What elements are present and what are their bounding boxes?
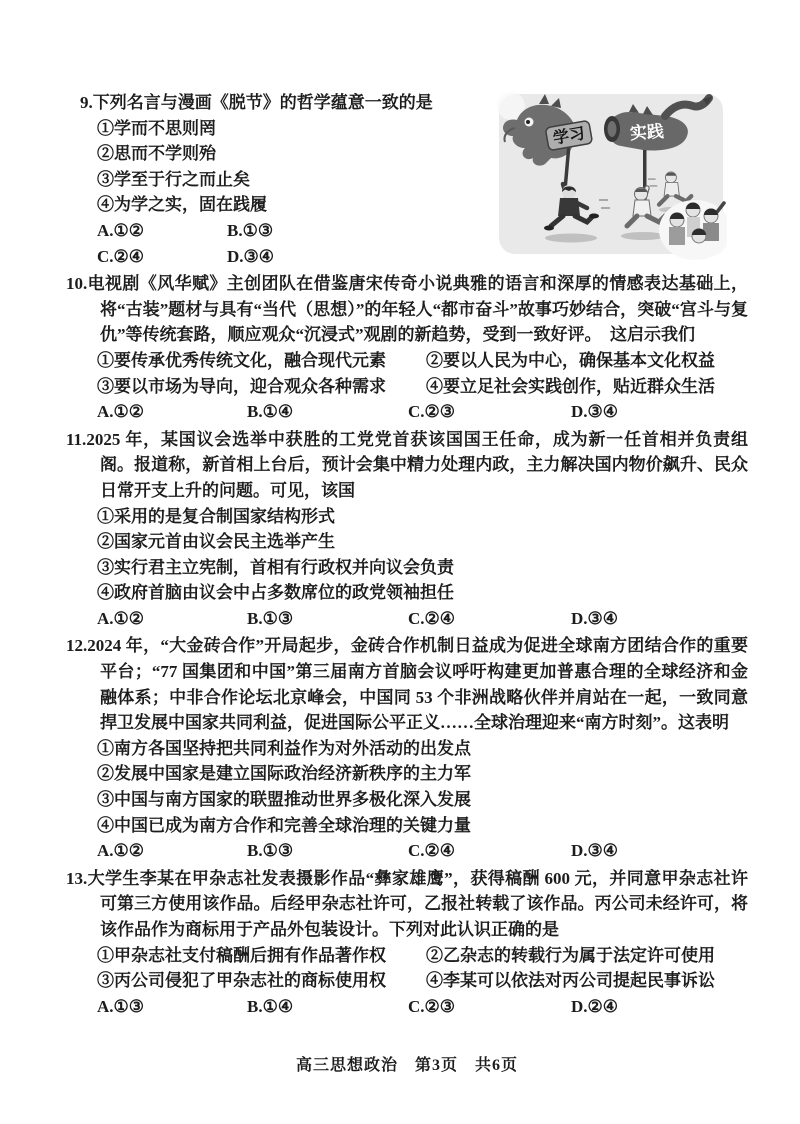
exam-paper-page: 学习 [0,0,800,1124]
question-10-choice-d: D.③④ [571,399,618,425]
question-9-choice-a: A.①② [97,218,227,244]
question-13-choice-c: C.②③ [408,994,571,1020]
question-10: 10.电视剧《风华赋》主创团队在借鉴唐宋传奇小说典雅的语言和深厚的情感表达基础上… [66,271,748,425]
question-11-choice-c: C.②④ [408,606,571,632]
question-12-item-4: ④中国已成为南方合作和完善全球治理的关键力量 [97,813,748,839]
question-13: 13.大学生李某在甲杂志社发表摄影作品“彝家雄鹰”，获得稿酬 600 元，并同意… [66,866,748,1020]
question-13-choice-d: D.②④ [571,994,618,1020]
question-9-choice-c: C.②④ [97,244,227,270]
question-9-item-4: ④为学之实，固在践履 [97,192,748,218]
question-11-item-1: ①采用的是复合制国家结构形式 [97,504,748,530]
question-13-number: 13. [66,869,87,888]
question-11-item-3: ③实行君主立宪制，首相有行政权并向议会负责 [97,555,748,581]
question-9-stem-text: 下列名言与漫画《脱节》的哲学蕴意一致的是 [93,93,433,112]
question-12-stem-text: 2024 年，“大金砖合作”开局起步，金砖合作机制日益成为促进全球南方团结合作的… [87,636,748,732]
question-9-item-2: ②思而不学则殆 [97,141,748,167]
question-10-item-1: ①要传承优秀传统文化，融合现代元素 [97,348,426,374]
question-10-choice-b: B.①④ [247,399,408,425]
question-9-choice-b: B.①③ [227,218,273,244]
question-13-choices: A.①③ B.①④ C.②③ D.②④ [97,994,748,1020]
question-12-stem: 12.2024 年，“大金砖合作”开局起步，金砖合作机制日益成为促进全球南方团结… [66,633,748,735]
question-11-choice-b: B.①③ [247,606,408,632]
question-11-stem: 11.2025 年，某国议会选举中获胜的工党党首获该国国王任命，成为新一任首相并… [66,427,748,504]
question-10-number: 10. [66,274,87,293]
question-9-choices-row-2: C.②④ D.③④ [97,244,748,270]
question-10-stem: 10.电视剧《风华赋》主创团队在借鉴唐宋传奇小说典雅的语言和深厚的情感表达基础上… [66,271,748,348]
question-9-item-3: ③学至于行之而止矣 [97,167,748,193]
question-13-stem-text: 大学生李某在甲杂志社发表摄影作品“彝家雄鹰”，获得稿酬 600 元，并同意甲杂志… [87,869,748,939]
question-11-choice-d: D.③④ [571,606,618,632]
question-13-choice-b: B.①④ [247,994,408,1020]
question-11-choices: A.①② B.①③ C.②④ D.③④ [97,606,748,632]
question-12: 12.2024 年，“大金砖合作”开局起步，金砖合作机制日益成为促进全球南方团结… [66,633,748,863]
question-9-item-1: ①学而不思则罔 [97,116,748,142]
question-10-choice-c: C.②③ [408,399,571,425]
question-10-choice-a: A.①② [97,399,247,425]
question-12-number: 12. [66,636,87,655]
question-13-item-1: ①甲杂志社支付稿酬后拥有作品著作权 [97,943,426,969]
question-10-choices: A.①② B.①④ C.②③ D.③④ [97,399,748,425]
question-10-item-3: ③要以市场为导向，迎合观众各种需求 [97,374,426,400]
question-12-choice-c: C.②④ [408,838,571,864]
question-9-number: 9. [80,93,93,112]
question-13-item-4: ④李某可以依法对丙公司提起民事诉讼 [426,968,715,994]
question-9-choice-d: D.③④ [227,244,274,270]
question-12-choices: A.①② B.①③ C.②④ D.③④ [97,838,748,864]
question-10-item-4: ④要立足社会实践创作，贴近群众生活 [426,374,715,400]
question-11-stem-text: 2025 年，某国议会选举中获胜的工党党首获该国国王任命，成为新一任首相并负责组… [86,430,748,500]
question-13-item-2: ②乙杂志的转载行为属于法定许可使用 [426,943,715,969]
question-12-choice-b: B.①③ [247,838,408,864]
question-11-item-2: ②国家元首由议会民主选举产生 [97,529,748,555]
question-11-item-4: ④政府首脑由议会中占多数席位的政党领袖担任 [97,580,748,606]
question-10-items-row-2: ③要以市场为导向，迎合观众各种需求 ④要立足社会实践创作，贴近群众生活 [97,374,748,400]
question-12-item-2: ②发展中国家是建立国际政治经济新秩序的主力军 [97,761,748,787]
question-11-number: 11. [66,430,86,449]
question-10-item-2: ②要以人民为中心，确保基本文化权益 [426,348,715,374]
question-13-stem: 13.大学生李某在甲杂志社发表摄影作品“彝家雄鹰”，获得稿酬 600 元，并同意… [66,866,748,943]
question-12-item-1: ①南方各国坚持把共同利益作为对外活动的出发点 [97,736,748,762]
question-11: 11.2025 年，某国议会选举中获胜的工党党首获该国国王任命，成为新一任首相并… [66,427,748,632]
question-13-items-row-2: ③丙公司侵犯了甲杂志社的商标使用权 ④李某可以依法对丙公司提起民事诉讼 [97,968,748,994]
question-9-stem: 9.下列名言与漫画《脱节》的哲学蕴意一致的是 [66,90,530,116]
question-12-choice-d: D.③④ [571,838,618,864]
question-9-choices-row-1: A.①② B.①③ [97,218,748,244]
question-12-item-3: ③中国与南方国家的联盟推动世界多极化深入发展 [97,787,748,813]
question-10-items-row-1: ①要传承优秀传统文化，融合现代元素 ②要以人民为中心，确保基本文化权益 [97,348,748,374]
exam-content: 9.下列名言与漫画《脱节》的哲学蕴意一致的是 ①学而不思则罔 ②思而不学则殆 ③… [0,0,800,1079]
page-footer: 高三思想政治 第3页 共6页 [66,1053,748,1079]
question-11-choice-a: A.①② [97,606,247,632]
question-10-stem-text: 电视剧《风华赋》主创团队在借鉴唐宋传奇小说典雅的语言和深厚的情感表达基础上，将“… [87,274,748,344]
question-13-items-row-1: ①甲杂志社支付稿酬后拥有作品著作权 ②乙杂志的转载行为属于法定许可使用 [97,943,748,969]
question-13-item-3: ③丙公司侵犯了甲杂志社的商标使用权 [97,968,426,994]
question-9: 9.下列名言与漫画《脱节》的哲学蕴意一致的是 ①学而不思则罔 ②思而不学则殆 ③… [66,90,748,269]
question-12-choice-a: A.①② [97,838,247,864]
question-13-choice-a: A.①③ [97,994,247,1020]
